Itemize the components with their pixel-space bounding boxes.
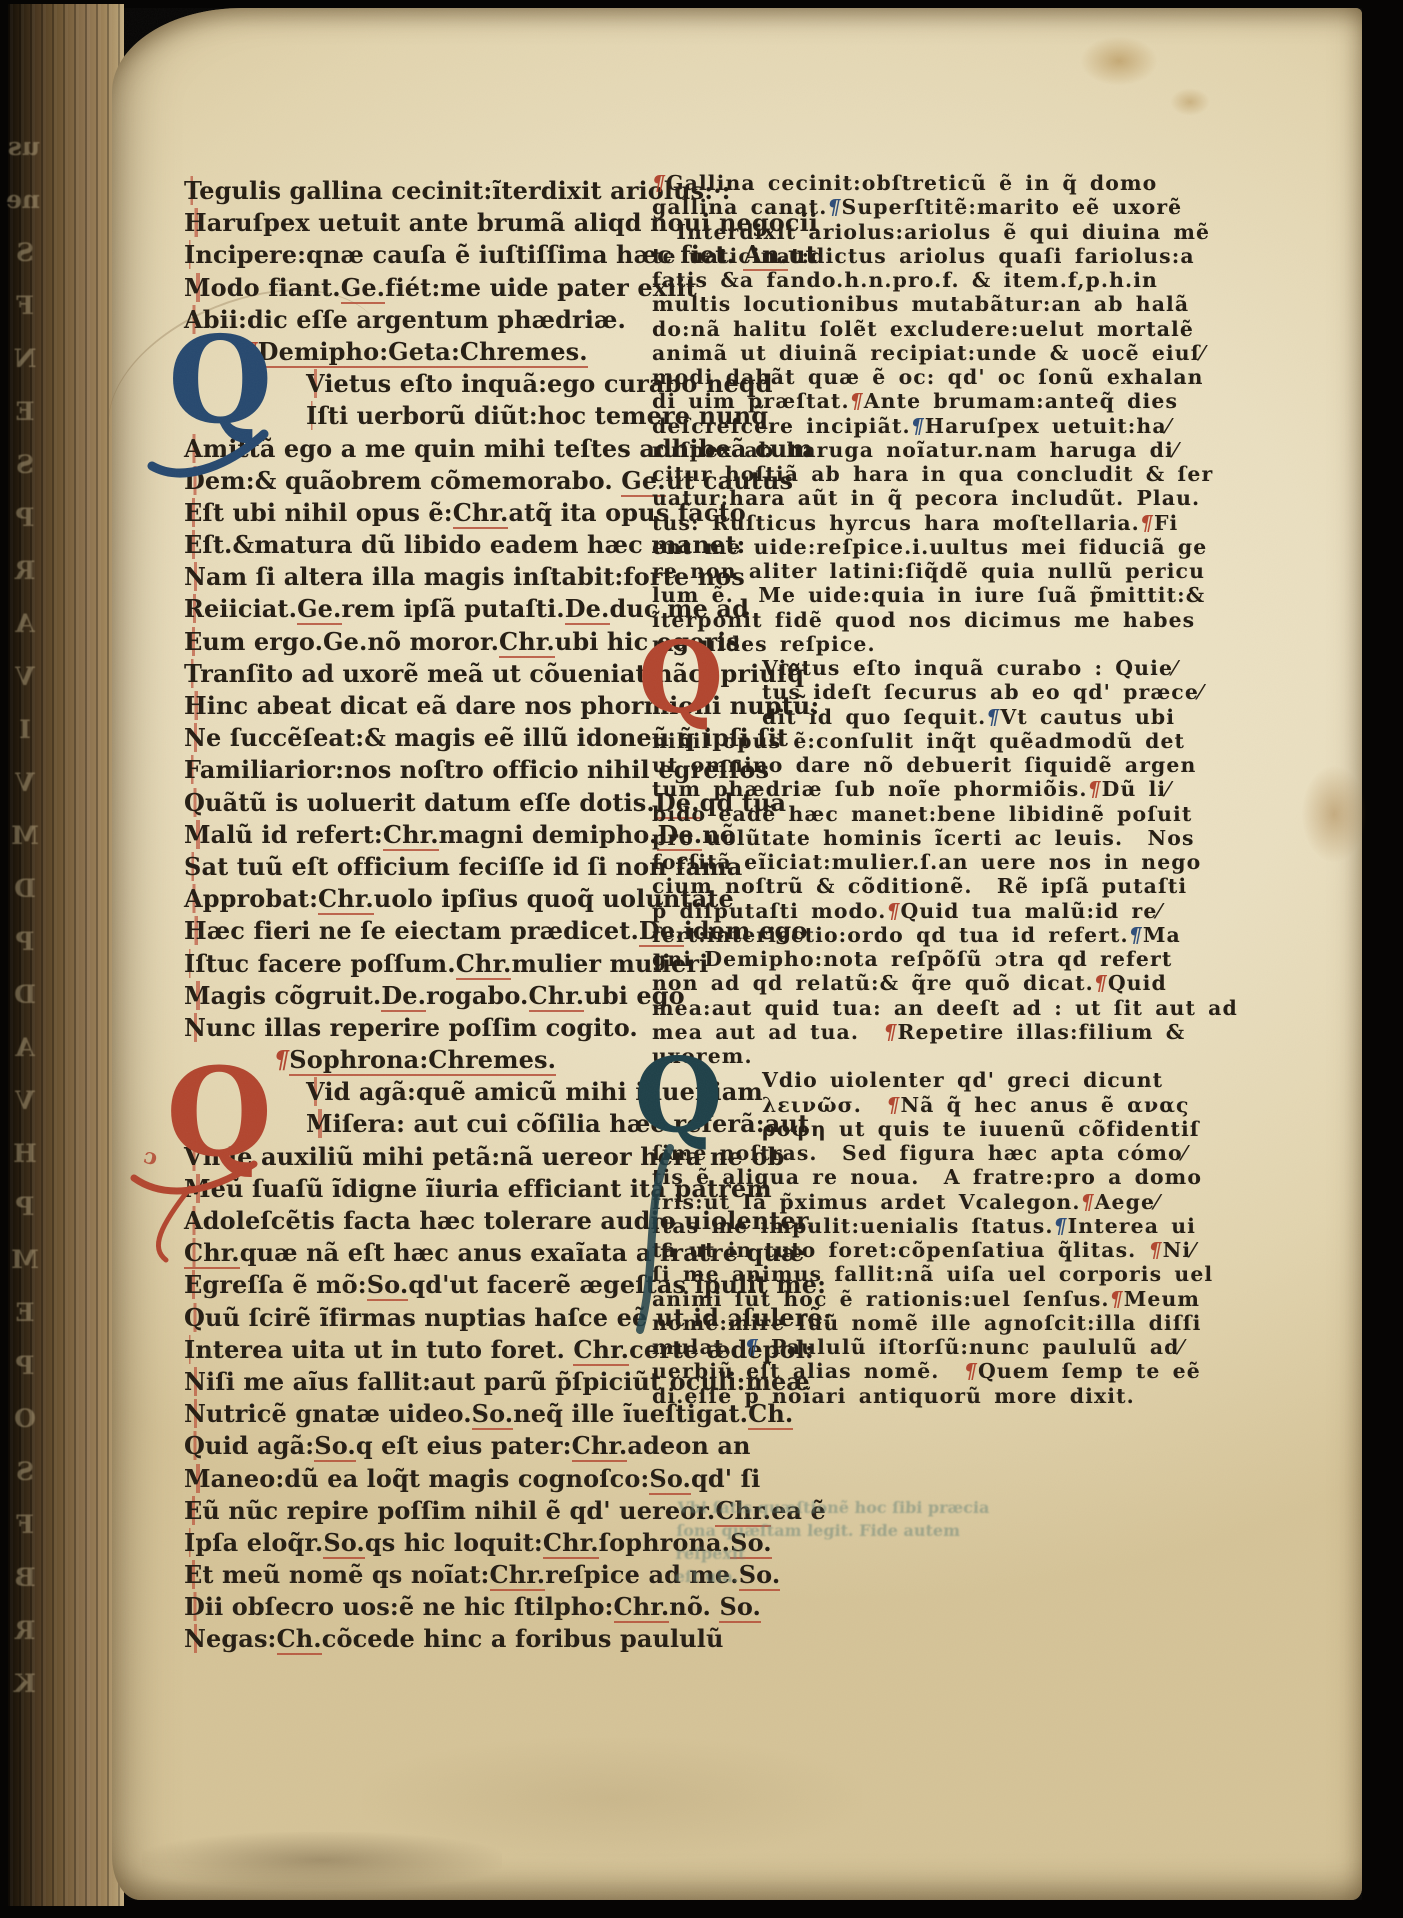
- commentary-line: animã ut diuinã recipiat:unde & uocẽ eiu…: [652, 342, 1252, 366]
- commentary-line: me uides reſpice.: [652, 633, 1252, 657]
- commentary-line: bido eadẽ hæc manet:bene libidinẽ poſuit: [652, 803, 1252, 827]
- verse-line: Chr.quæ nã eſt hæc anus exaĩata a fratre…: [184, 1238, 646, 1270]
- commentary-line: p̃ diſputaſti modo.¶Quid tua malũ:id re⁄: [652, 900, 1252, 924]
- commentary-line: ſtas me impulit:uenialis ſtatus.¶Interea…: [652, 1215, 1252, 1239]
- illuminated-initial-q-red: Q: [638, 634, 723, 724]
- verse-line: Iſtuc facere poſſum.Chr.mulier mulieri: [184, 949, 646, 981]
- pilcrow-red: ¶: [1110, 1287, 1124, 1311]
- edge-letter: A: [10, 609, 40, 638]
- commentary-line: tis ẽ aliqua re noua. A fratre:pro a dom…: [652, 1166, 1252, 1190]
- commentary-line: multis locutionibus mutabãtur:an ab halã: [652, 293, 1252, 317]
- edge-letter: V: [10, 662, 40, 691]
- verse-line: Ipſa eloq̃r.So.qs hic loquit:Chr.ſophron…: [184, 1528, 646, 1560]
- rubricated-underline: Chr.: [573, 1335, 629, 1366]
- edge-letter: S: [10, 450, 40, 479]
- verse-line: Egreſſa ẽ mõ:So.qd'ut facerẽ ægeſtas ĩpu…: [184, 1270, 646, 1302]
- commentary-line: ent me uide:reſpice.i.uultus mei fiduciã…: [652, 536, 1252, 560]
- edge-letter: B: [10, 1563, 40, 1592]
- commentary-line: nihil opus ẽ:conſulit inq̃t quẽadmodũ de…: [652, 730, 1252, 754]
- edge-letter: P: [10, 927, 40, 956]
- commentary-line: mea:aut quid tua: an deeſt ad : ut ſit a…: [652, 997, 1252, 1021]
- verse-line: Familiarior:nos noſtro officio nihil egr…: [184, 755, 646, 787]
- rubricated-underline: Chr.: [529, 981, 585, 1012]
- verse-line: Haruſpex uetuit ante brumã aliqd noui ne…: [184, 208, 646, 240]
- commentary-line: ſi me animus fallit:nã uiſa uel corporis…: [652, 1263, 1252, 1287]
- verse-line: Quid agã:So.q eſt eius pater:Chr.adeon a…: [184, 1431, 646, 1463]
- pilcrow-red: ¶: [886, 899, 900, 923]
- edge-letter: P: [10, 1192, 40, 1221]
- shadow-stain: [362, 1738, 862, 1858]
- edge-letter: V: [10, 1086, 40, 1115]
- commentary-line: fatis &a fando.h.n.pro.f. & item.f,p.h.i…: [652, 269, 1252, 293]
- pilcrow-red: ¶: [1088, 777, 1102, 801]
- commentary-line: ¶Gallina cecinit:obſtreticũ ẽ in q̃ domo: [652, 172, 1252, 196]
- commentary-line: di.eſſe p̃ noĩari antiquorũ more dixit.: [652, 1385, 1252, 1409]
- commentary-line: citur hoſtiã ab hara in qua concludit & …: [652, 463, 1252, 487]
- show-through-text: Vbi ſatis quæſtionẽ hoc ſibi præciaſona …: [674, 1496, 1017, 1588]
- verse-line: Magis cõgruit.De.rogabo.Chr.ubi ego: [184, 981, 646, 1013]
- commentary-line: re non aliter latini:ſiq̃dẽ quia nullũ p…: [652, 560, 1252, 584]
- pilcrow-blue: ¶: [1054, 1214, 1068, 1238]
- verse-line: Quũ ſcirẽ ĩfirmas nuptias haſce eẽ ut id…: [184, 1303, 646, 1335]
- rubricated-underline: Demipho:Geta:Chremes.: [258, 337, 588, 368]
- commentary-line: gallina canat.¶Superſtitẽ:marito eẽ uxor…: [652, 196, 1252, 220]
- edge-letter: us: [10, 132, 40, 161]
- commentary-line: nomẽ:mire ſuũ nomẽ ille agnoſcit:illa di…: [652, 1312, 1252, 1336]
- rubricated-underline: Chr.: [543, 1528, 599, 1559]
- edge-letter: A: [10, 1033, 40, 1062]
- pilcrow-blue: ¶: [827, 195, 841, 219]
- commentary-line: Interdixit ariolus:ariolus ẽ qui diuina …: [652, 221, 1252, 245]
- verse-line: Niſi me aĩus fallit:aut parũ p̃ſpiciũt o…: [184, 1367, 646, 1399]
- rubricated-underline: Chr.: [383, 820, 439, 851]
- rubricated-underline: So.: [472, 1399, 514, 1430]
- edge-letter: N: [10, 344, 40, 373]
- commentary-line: fert:interiectio:ordo qd tua id refert.¶…: [652, 924, 1252, 948]
- edge-letter: E: [10, 1298, 40, 1327]
- rubricated-underline: De.: [381, 981, 426, 1012]
- verse-line: Nutricẽ gnatæ uideo.So.neq̃ ille ĩueſtig…: [184, 1399, 646, 1431]
- verse-line: Dem:& quãobrem cõmemorabo. Ge.ut cautus: [184, 466, 646, 498]
- pilcrow-red: ¶: [274, 1045, 289, 1074]
- pilcrow-blue: ¶: [1129, 923, 1143, 947]
- commentary-line: gni Demipho:nota reſpõſũ ɔtra qd refert: [652, 948, 1252, 972]
- commentary-line: ruſpex ab haruga noĩatur.nam haruga di⁄: [652, 439, 1252, 463]
- commentary-line: Vdio uiolenter qd' greci dicunt: [652, 1069, 1252, 1093]
- verse-line: Reiiciat.Ge.rem ipſã putaſti.De.duc me a…: [184, 594, 646, 626]
- illuminated-initial-q-blue: Q: [168, 326, 273, 436]
- commentary-line: uxorem.: [652, 1045, 1252, 1069]
- commentary-line: λεινῶσ. ¶Nã q̃ hec anus ẽ ανας: [652, 1094, 1252, 1118]
- rubricated-underline: Chr.: [572, 1431, 628, 1462]
- commentary-line: non ad qd relatũ:& q̃re quõ dicat.¶Quid: [652, 972, 1252, 996]
- commentary-column: ¶Gallina cecinit:obſtreticũ ẽ in q̃ domo…: [652, 172, 1252, 1409]
- verse-line: Malũ id refert:Chr.magni demipho.De.nõ: [184, 820, 646, 852]
- illuminated-initial-q-dark: Q: [634, 1050, 723, 1144]
- verse-line: Tranſito ad uxorẽ meã ut cõueniat hãc :p…: [184, 659, 646, 691]
- commentary-line: deſcreſcere incipiãt.¶Haruſpex uetuit:ha…: [652, 415, 1252, 439]
- verse-line: Modo fiant.Ge.fiét:me uide pater exiit: [184, 273, 646, 305]
- rubricated-underline: Sophrona:Chremes.: [289, 1045, 556, 1076]
- rubricated-underline: De.: [565, 594, 610, 625]
- commentary-line: ĩterponit fidẽ quod nos dicimus me habes: [652, 609, 1252, 633]
- verse-line: Incipere:qnæ cauſa ẽ iuſtiſſima hæc fiet…: [184, 240, 646, 272]
- verse-line: Sat tuũ eſt officium feciſſe id ſi non f…: [184, 852, 646, 884]
- pilcrow-red: ¶: [850, 389, 864, 413]
- rubricated-underline: So.: [314, 1431, 356, 1462]
- commentary-line: ſime noſtras. Sed figura hæc apta cómo⁄: [652, 1142, 1252, 1166]
- edge-letter: R: [10, 556, 40, 585]
- commentary-line: ut omnino dare nõ debuerit ſiquidẽ argen: [652, 754, 1252, 778]
- verse-line: Eſt.&matura dũ libido eadem hæc manet:: [184, 530, 646, 562]
- verse-line: Dii obſecro uos:ẽ ne hic ſtilpho:Chr.nõ.…: [184, 1592, 646, 1624]
- commentary-line: pro uolũtate hominis ĩcerti ac leuis. No…: [652, 827, 1252, 851]
- verse-line: Interea uita ut in tuto foret. Chr.certe…: [184, 1335, 646, 1367]
- rubricated-underline: So.: [367, 1270, 409, 1301]
- commentary-line: ta ut in tuto foret:cõpenſatiua q̃litas.…: [652, 1239, 1252, 1263]
- pilcrow-red: ¶: [1094, 971, 1108, 995]
- pilcrow-blue: ¶: [745, 1335, 759, 1359]
- edge-letter: M: [10, 821, 40, 850]
- rubricated-underline: Chr.: [318, 884, 374, 915]
- commentary-line: uerbiũ eſt alias nomẽ. ¶Quem ſemp te eẽ: [652, 1360, 1252, 1384]
- rubricated-underline: So.: [323, 1528, 365, 1559]
- edge-letter: F: [10, 291, 40, 320]
- edge-letter: S: [10, 238, 40, 267]
- commentary-line: mulat. ¶ Paululũ iſtorſũ:nunc paululũ ad…: [652, 1336, 1252, 1360]
- edge-letter: P: [10, 503, 40, 532]
- foxing-stain: [1080, 36, 1158, 86]
- pilcrow-red: ¶: [1081, 1190, 1095, 1214]
- verse-line: Adoleſcẽtis facta hæc tolerare audio uio…: [184, 1206, 646, 1238]
- verse-line: Eum ergo.Ge.nõ moror.Chr.ubi hic egeris: [184, 627, 646, 659]
- edge-letter: I: [10, 715, 40, 744]
- pilcrow-red: ¶: [1149, 1238, 1163, 1262]
- pilcrow-red: ¶: [652, 171, 666, 195]
- marginal-annotation: ɔ: [141, 1143, 160, 1171]
- commentary-line: uatur:hara aũt in q̃ pecora includũt. Pl…: [652, 487, 1252, 511]
- commentary-line: Vietus eſto inquã curabo : Quie⁄: [652, 657, 1252, 681]
- book-gutter-edge: usneSFNESPRAVIVMDPDAVHPMEPOSFBRK: [8, 4, 124, 1906]
- commentary-line: cium noſtrũ & cõditionẽ. Rẽ ipſã putaſti: [652, 875, 1252, 899]
- show-through-line: Vbi ſatis quæſtionẽ hoc ſibi præcia: [677, 1496, 1018, 1519]
- verse-line: Eũ nũc repire poſſim nihil ẽ qd' uereor.…: [184, 1496, 646, 1528]
- pilcrow-blue: ¶: [911, 414, 925, 438]
- edge-letter: O: [10, 1404, 40, 1433]
- verse-line: Hinc abeat dicat eã dare nos phormioni n…: [184, 691, 646, 723]
- verse-line: Ne ſuccẽſeat:& magis eẽ illũ idoneũ q̃ i…: [184, 723, 646, 755]
- edge-letter: V: [10, 768, 40, 797]
- foxing-stain: [1302, 766, 1366, 862]
- commentary-line: te uaticinat:dictus ariolus quaſi fariol…: [652, 245, 1252, 269]
- edge-letter: K: [10, 1669, 40, 1698]
- edge-letter: P: [10, 1351, 40, 1380]
- rubricated-underline: Chr.: [490, 1560, 546, 1591]
- pilcrow-red: ¶: [964, 1359, 978, 1383]
- rubricated-underline: Ch.: [277, 1624, 322, 1655]
- show-through-line: ſona quæſtam legit. Fide autem reſpexit: [675, 1519, 1017, 1565]
- edge-letter: R: [10, 1616, 40, 1645]
- verse-line: Approbat:Chr.uolo ipſius quoq̃ uoluntate: [184, 884, 646, 916]
- rubricated-underline: Ge.: [297, 594, 341, 625]
- rubricated-underline: Ge.: [341, 273, 385, 304]
- edge-letter: D: [10, 874, 40, 903]
- commentary-line: modi dabãt quæ ẽ oc: qd' oc ſonũ exhalan: [652, 366, 1252, 390]
- commentary-line: ροφη ut quis te iuuenũ cõfidentiſ: [652, 1118, 1252, 1142]
- verse-line: Nam ſi altera illa magis inſtabit:forte …: [184, 562, 646, 594]
- edge-letter: S: [10, 1457, 40, 1486]
- rubricated-underline: Chr.: [499, 627, 555, 658]
- verse-line: Hæc fieri ne ſe eiectam prædicet.De.idem…: [184, 916, 646, 948]
- edge-letter: H: [10, 1139, 40, 1168]
- pilcrow-blue: ¶: [986, 705, 1000, 729]
- verse-line: Negas:Ch.cõcede hinc a foribus paululũ: [184, 1624, 646, 1656]
- show-through-line: eſt uia.: [674, 1565, 1015, 1588]
- commentary-line: animi ſũt hoc ẽ rationis:uel ſenſus.¶Meu…: [652, 1288, 1252, 1312]
- pilcrow-red: ¶: [886, 1093, 900, 1117]
- verse-line: Et meũ nomẽ qs noĩat:Chr.reſpice ad me.S…: [184, 1560, 646, 1592]
- commentary-line: fris:ut Iã p̃ximus ardet Vcalegon.¶Aege⁄: [652, 1191, 1252, 1215]
- commentary-line: lum ẽ. Me uide:quia in iure ſuã p̃mittit…: [652, 584, 1252, 608]
- commentary-line: dit id quo ſequit.¶Vt cautus ubi: [652, 706, 1252, 730]
- foxing-stain: [1170, 88, 1210, 116]
- pilcrow-red: ¶: [883, 1020, 897, 1044]
- rubricated-underline: Chr.: [184, 1238, 240, 1269]
- commentary-line: forſitã eĩiciat:mulier.ſ.an uere nos in …: [652, 851, 1252, 875]
- page-leaf: Tegulis gallina cecinit:ĩterdixit ariolu…: [112, 8, 1362, 1900]
- pilcrow-red: ¶: [1140, 511, 1154, 535]
- rubricated-underline: Chr.: [614, 1592, 670, 1623]
- commentary-line: tus ideſt ſecurus ab eo qd' præce⁄: [652, 681, 1252, 705]
- edge-letter: D: [10, 980, 40, 1009]
- commentary-line: tus: Ruſticus hyrcus hara moſtellaria.¶F…: [652, 512, 1252, 536]
- verse-line: Tegulis gallina cecinit:ĩterdixit ariolu…: [184, 176, 646, 208]
- commentary-line: di uim præſtat.¶Ante brumam:anteq̃ dies: [652, 390, 1252, 414]
- edge-letter: ne: [10, 185, 40, 214]
- commentary-line: tum phædriæ ſub noĩe phormiõis.¶Dũ li⁄: [652, 778, 1252, 802]
- rubricated-underline: So.: [649, 1464, 691, 1495]
- book-photo: usneSFNESPRAVIVMDPDAVHPMEPOSFBRK Tegulis…: [0, 0, 1403, 1918]
- commentary-line: do:nã halitu ſolẽt excludere:uelut morta…: [652, 318, 1252, 342]
- edge-letter: M: [10, 1245, 40, 1274]
- edge-letter: E: [10, 397, 40, 426]
- rubricated-underline: Chr.: [453, 498, 509, 529]
- verse-line: Maneo:dũ ea loq̃t magis cognoſco:So.qd' …: [184, 1464, 646, 1496]
- illuminated-initial-q-red: Q: [166, 1056, 272, 1168]
- rubricated-underline: Chr.: [456, 949, 512, 980]
- verse-line: Eſt ubi nihil opus ẽ:Chr.atq̃ ita opus f…: [184, 498, 646, 530]
- rubricated-underline: So.: [719, 1592, 761, 1623]
- verse-line: Quãtũ is uoluerit datum eſſe dotis.De.qd…: [184, 788, 646, 820]
- edge-letter: F: [10, 1510, 40, 1539]
- commentary-line: mea aut ad tua. ¶Repetire illas:filium &: [652, 1021, 1252, 1045]
